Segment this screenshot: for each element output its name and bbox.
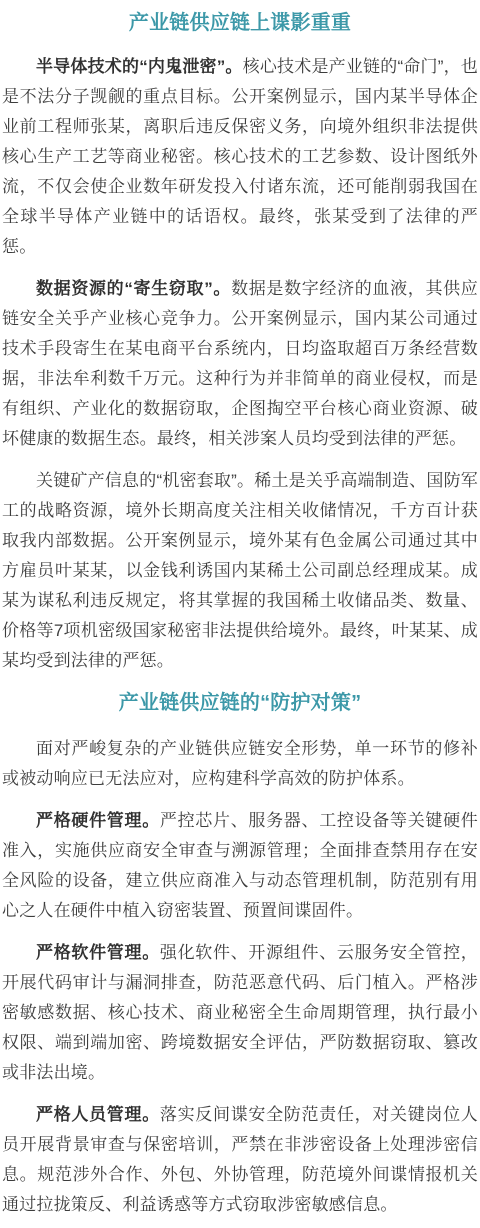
paragraph-text: 稀土是关乎高端制造、国防军工的战略资源，境外长期高度关注相关收储情况，千方百计获… — [2, 471, 478, 670]
paragraph-lead: 半导体技术的“内鬼泄密”。 — [36, 57, 243, 76]
paragraph-text: 强化软件、开源组件、云服务安全管控，开展代码审计与漏洞排查，防范恶意代码、后门植… — [2, 943, 478, 1082]
paragraph-lead: 严格人员管理。 — [36, 1105, 160, 1124]
paragraph-lead: 关键矿产信息的“机密套取”。 — [36, 471, 254, 490]
section-heading-countermeasures: 产业链供应链的“防护对策” — [2, 690, 478, 717]
paragraph-text: 面对严峻复杂的产业链供应链安全形势，单一环节的修补或被动响应已无法应对，应构建科… — [2, 739, 478, 788]
paragraph-software-management: 严格软件管理。强化软件、开源组件、云服务安全管控，开展代码审计与漏洞排查，防范恶… — [2, 938, 478, 1088]
paragraph-lead: 数据资源的“寄生窃取”。 — [36, 279, 231, 298]
paragraph-personnel-management: 严格人员管理。落实反间谍安全防范责任，对关键岗位人员开展背景审查与保密培训，严禁… — [2, 1100, 478, 1220]
paragraph-lead: 严格硬件管理。 — [36, 811, 160, 830]
paragraph-hardware-management: 严格硬件管理。严控芯片、服务器、工控设备等关键硬件准入，实施供应商安全审查与溯源… — [2, 806, 478, 926]
paragraph-lead: 严格软件管理。 — [36, 943, 160, 962]
paragraph-text: 核心技术是产业链的“命门”，也是不法分子觊觎的重点目标。公开案例显示，国内某半导… — [2, 57, 478, 256]
paragraph-intro: 面对严峻复杂的产业链供应链安全形势，单一环节的修补或被动响应已无法应对，应构建科… — [2, 734, 478, 794]
paragraph-text: 数据是数字经济的血液，其供应链安全关乎产业核心竞争力。公开案例显示，国内某公司通… — [2, 279, 478, 448]
paragraph-data-parasite: 数据资源的“寄生窃取”。数据是数字经济的血液，其供应链安全关乎产业核心竞争力。公… — [2, 274, 478, 454]
paragraph-mineral-secrets: 关键矿产信息的“机密套取”。稀土是关乎高端制造、国防军工的战略资源，境外长期高度… — [2, 466, 478, 676]
paragraph-semiconductor-leak: 半导体技术的“内鬼泄密”。核心技术是产业链的“命门”，也是不法分子觊觎的重点目标… — [2, 52, 478, 262]
section-heading-threats: 产业链供应链上谍影重重 — [2, 10, 478, 37]
article-body: 产业链供应链上谍影重重 半导体技术的“内鬼泄密”。核心技术是产业链的“命门”，也… — [0, 0, 480, 1228]
